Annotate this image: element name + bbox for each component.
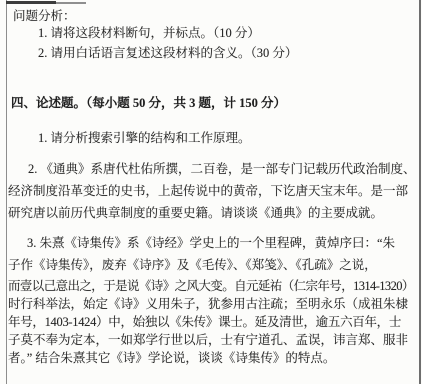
page-right-border-line bbox=[419, 0, 421, 384]
section-four-heading: 四、论述题。（每小题 50 分，共 3 题，计 150 分） bbox=[11, 95, 286, 112]
essay-question-3-line-2: 子作《诗集传》，废弃《诗序》及《毛传》、《郑笺》、《孔疏》之说， bbox=[8, 257, 377, 274]
problem-analysis-title: 问题分析： bbox=[13, 8, 76, 25]
top-edge-line-light bbox=[56, 2, 86, 4]
essay-question-3-line-3: 而壹以己意出之，于是说《诗》之风大变。自元延祐（仁宗年号，1314-1320） bbox=[8, 278, 414, 295]
scanned-exam-page: 问题分析： 1. 请将这段材料断句，并标点。（10 分） 2. 请用白话语言复述… bbox=[0, 0, 422, 384]
essay-question-2-line-2: 经济制度沿革变迁的史书，上起传说中的黄帝，下讫唐天宝末年。是一部 bbox=[8, 183, 408, 200]
top-edge-line-dark bbox=[6, 1, 56, 4]
page-left-border-line bbox=[6, 0, 7, 384]
essay-question-2-line-3: 研究唐以前历代典章制度的重要史籍。请谈谈《通典》的主要成就。 bbox=[8, 205, 383, 222]
essay-question-1: 1. 请分析搜索引擎的结构和工作原理。 bbox=[38, 130, 251, 147]
essay-question-2-line-1: 2. 《通典》系唐代杜佑所撰，二百卷，是一部专门记载历代政治制度、 bbox=[28, 161, 416, 178]
essay-question-3-line-6: 子莫不奉为定本，一如郑学行世以后，士有宁道孔、孟误，讳言郑、服非 bbox=[8, 332, 408, 349]
problem-analysis-item-1: 1. 请将这段材料断句，并标点。（10 分） bbox=[38, 25, 260, 42]
essay-question-3-line-5: 年号，1403-1424）中，始独以《朱传》课士。延及清世，逾五六百年，士 bbox=[8, 314, 401, 331]
essay-question-3-line-4: 时行科举法，始定《诗》义用朱子，犹参用古注疏；至明永乐（成祖朱棣 bbox=[8, 296, 408, 313]
problem-analysis-item-2: 2. 请用白话语言复述这段材料的含义。（30 分） bbox=[38, 45, 297, 62]
essay-question-3-line-1: 3. 朱熹《诗集传》系《诗经》学史上的一个里程碑，黄焯序曰：“朱 bbox=[27, 235, 395, 252]
essay-question-3-line-7: 者。” 结合朱熹其它《诗》学论说，谈谈《诗集传》的特点。 bbox=[8, 350, 335, 367]
